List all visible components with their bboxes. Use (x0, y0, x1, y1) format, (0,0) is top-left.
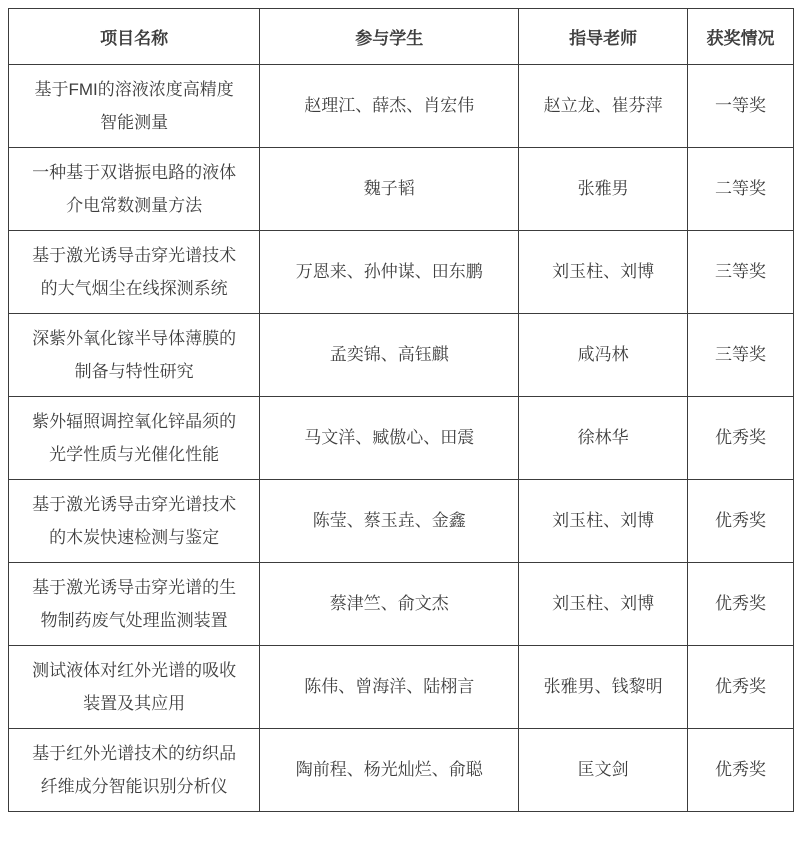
table-row: 紫外辐照调控氧化锌晶须的 光学性质与光催化性能 马文洋、臧傲心、田震 徐林华 优… (9, 397, 794, 480)
project-name-cell: 基于激光诱导击穿光谱技术 的木炭快速检测与鉴定 (9, 480, 260, 563)
award-cell: 三等奖 (688, 314, 794, 397)
table-row: 基于激光诱导击穿光谱技术 的大气烟尘在线探测系统 万恩来、孙仲谋、田东鹏 刘玉柱… (9, 231, 794, 314)
table-row: 测试液体对红外光谱的吸收 装置及其应用 陈伟、曾海洋、陆栩言 张雅男、钱黎明 优… (9, 646, 794, 729)
award-cell: 三等奖 (688, 231, 794, 314)
teachers-cell: 张雅男 (519, 148, 688, 231)
teachers-cell: 咸冯林 (519, 314, 688, 397)
project-name-cell: 基于红外光谱技术的纺织品 纤维成分智能识别分析仪 (9, 729, 260, 812)
project-name-cell: 一种基于双谐振电路的液体 介电常数测量方法 (9, 148, 260, 231)
teachers-cell: 刘玉柱、刘博 (519, 231, 688, 314)
project-name-cell: 紫外辐照调控氧化锌晶须的 光学性质与光催化性能 (9, 397, 260, 480)
award-cell: 优秀奖 (688, 397, 794, 480)
project-name-cell: 深紫外氧化镓半导体薄膜的 制备与特性研究 (9, 314, 260, 397)
teachers-cell: 刘玉柱、刘博 (519, 480, 688, 563)
column-header-award: 获奖情况 (688, 9, 794, 65)
award-cell: 一等奖 (688, 65, 794, 148)
award-cell: 优秀奖 (688, 646, 794, 729)
table-row: 一种基于双谐振电路的液体 介电常数测量方法 魏子韬 张雅男 二等奖 (9, 148, 794, 231)
project-name-cell: 基于激光诱导击穿光谱的生 物制药废气处理监测装置 (9, 563, 260, 646)
table-row: 基于红外光谱技术的纺织品 纤维成分智能识别分析仪 陶前程、杨光灿烂、俞聪 匡文剑… (9, 729, 794, 812)
students-cell: 蔡津竺、俞文杰 (260, 563, 519, 646)
column-header-project: 项目名称 (9, 9, 260, 65)
students-cell: 陶前程、杨光灿烂、俞聪 (260, 729, 519, 812)
table-row: 基于激光诱导击穿光谱的生 物制药废气处理监测装置 蔡津竺、俞文杰 刘玉柱、刘博 … (9, 563, 794, 646)
teachers-cell: 匡文剑 (519, 729, 688, 812)
teachers-cell: 徐林华 (519, 397, 688, 480)
students-cell: 魏子韬 (260, 148, 519, 231)
project-name-cell: 基于FMI的溶液浓度高精度 智能测量 (9, 65, 260, 148)
table-header-row: 项目名称 参与学生 指导老师 获奖情况 (9, 9, 794, 65)
project-name-cell: 测试液体对红外光谱的吸收 装置及其应用 (9, 646, 260, 729)
award-cell: 优秀奖 (688, 563, 794, 646)
students-cell: 赵理江、薛杰、肖宏伟 (260, 65, 519, 148)
table-row: 基于激光诱导击穿光谱技术 的木炭快速检测与鉴定 陈莹、蔡玉垚、金鑫 刘玉柱、刘博… (9, 480, 794, 563)
award-cell: 优秀奖 (688, 480, 794, 563)
students-cell: 孟奕锦、高钰麒 (260, 314, 519, 397)
table-row: 深紫外氧化镓半导体薄膜的 制备与特性研究 孟奕锦、高钰麒 咸冯林 三等奖 (9, 314, 794, 397)
teachers-cell: 张雅男、钱黎明 (519, 646, 688, 729)
award-cell: 二等奖 (688, 148, 794, 231)
award-cell: 优秀奖 (688, 729, 794, 812)
project-name-cell: 基于激光诱导击穿光谱技术 的大气烟尘在线探测系统 (9, 231, 260, 314)
students-cell: 马文洋、臧傲心、田震 (260, 397, 519, 480)
students-cell: 陈伟、曾海洋、陆栩言 (260, 646, 519, 729)
column-header-teachers: 指导老师 (519, 9, 688, 65)
column-header-students: 参与学生 (260, 9, 519, 65)
students-cell: 陈莹、蔡玉垚、金鑫 (260, 480, 519, 563)
students-cell: 万恩来、孙仲谋、田东鹏 (260, 231, 519, 314)
award-results-table: 项目名称 参与学生 指导老师 获奖情况 基于FMI的溶液浓度高精度 智能测量 赵… (8, 8, 794, 812)
table-row: 基于FMI的溶液浓度高精度 智能测量 赵理江、薛杰、肖宏伟 赵立龙、崔芬萍 一等… (9, 65, 794, 148)
teachers-cell: 刘玉柱、刘博 (519, 563, 688, 646)
teachers-cell: 赵立龙、崔芬萍 (519, 65, 688, 148)
page: 项目名称 参与学生 指导老师 获奖情况 基于FMI的溶液浓度高精度 智能测量 赵… (0, 0, 799, 842)
